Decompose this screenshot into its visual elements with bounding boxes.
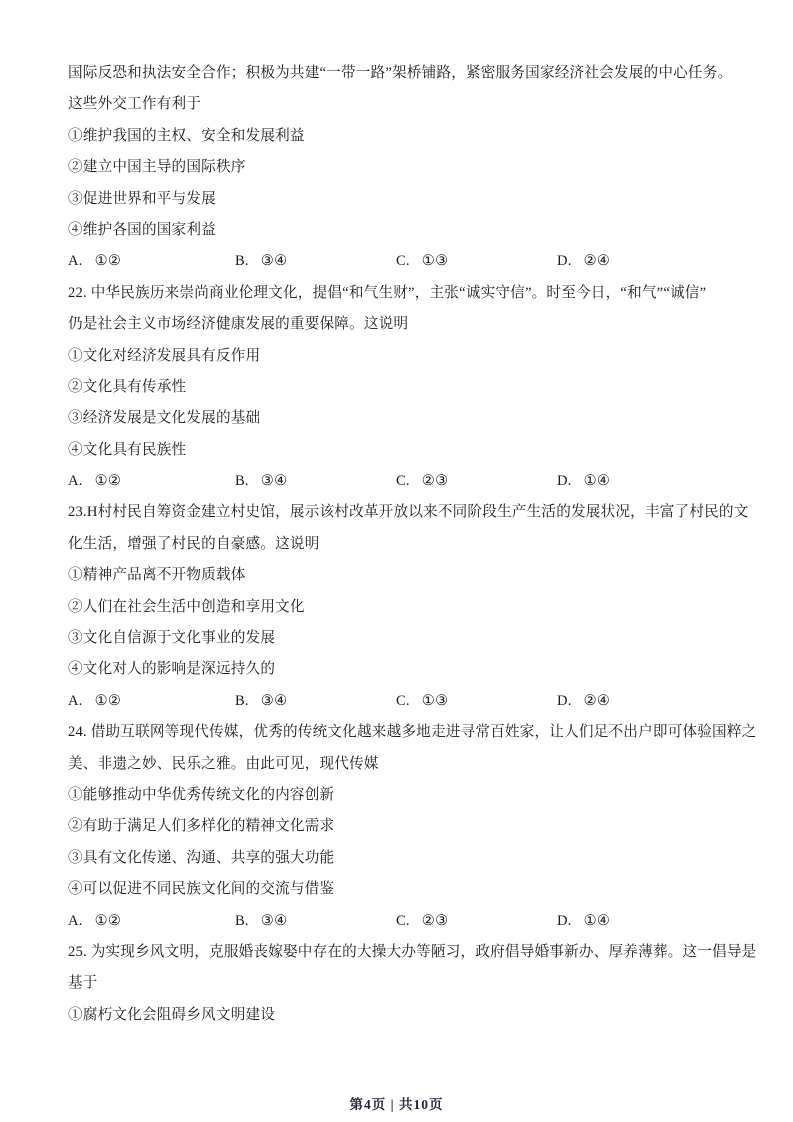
option-item: ③促进世界和平与发展 (68, 184, 728, 215)
choice-value: ③④ (261, 686, 288, 717)
choice-value: ①② (95, 466, 122, 497)
question-24: 24. 借助互联网等现代传媒，优秀的传统文化越来越多地走进寻常百姓家，让人们足不… (68, 717, 728, 937)
choice-value: ③④ (261, 246, 288, 277)
choice-d: D. ②④ (557, 246, 728, 277)
page-footer: 第4页 | 共10页 (0, 1093, 793, 1113)
choices-row: A. ①② B. ③④ C. ②③ D. ①④ (68, 906, 728, 937)
question-25: 25. 为实现乡风文明，克服婚丧嫁娶中存在的大操大办等陋习，政府倡导婚事新办、厚… (68, 937, 728, 1031)
exam-paper-page: 国际反恐和执法安全合作；积极为共建“一带一路”架桥铺路，紧密服务国家经济社会发展… (0, 0, 793, 1122)
choice-letter: D. (557, 246, 572, 277)
choice-a: A. ①② (68, 906, 235, 937)
page-content: 国际反恐和执法安全合作；积极为共建“一带一路”架桥铺路，紧密服务国家经济社会发展… (68, 58, 728, 1031)
choice-c: C. ①③ (396, 246, 557, 277)
choice-letter: B. (235, 906, 249, 937)
option-item: ③经济发展是文化发展的基础 (68, 403, 728, 434)
question-stem-line: 美、非遗之妙、民乐之雅。由此可见，现代传媒 (68, 749, 728, 780)
option-item: ②人们在社会生活中创造和享用文化 (68, 592, 728, 623)
choice-value: ①④ (584, 466, 611, 497)
option-item: ①能够推动中华优秀传统文化的内容创新 (68, 780, 728, 811)
question-stem-line: 23.H村村民自筹资金建立村史馆，展示该村改革开放以来不同阶段生产生活的发展状况… (68, 497, 728, 528)
choice-a: A. ①② (68, 466, 235, 497)
option-item: ③具有文化传递、沟通、共享的强大功能 (68, 843, 728, 874)
choice-d: D. ②④ (557, 686, 728, 717)
choices-row: A. ①② B. ③④ C. ①③ D. ②④ (68, 246, 728, 277)
question-23: 23.H村村民自筹资金建立村史馆，展示该村改革开放以来不同阶段生产生活的发展状况… (68, 497, 728, 717)
option-item: ②有助于满足人们多样化的精神文化需求 (68, 811, 728, 842)
option-item: ②建立中国主导的国际秩序 (68, 152, 728, 183)
question-stem-line: 仍是社会主义市场经济健康发展的重要保障。这说明 (68, 309, 728, 340)
question-stem-line: 化生活，增强了村民的自豪感。这说明 (68, 529, 728, 560)
choice-letter: A. (68, 466, 83, 497)
question-stem-line: 国际反恐和执法安全合作；积极为共建“一带一路”架桥铺路，紧密服务国家经济社会发展… (68, 58, 728, 89)
choice-c: C. ②③ (396, 466, 557, 497)
choice-letter: C. (396, 906, 410, 937)
option-item: ④可以促进不同民族文化间的交流与借鉴 (68, 874, 728, 905)
choice-a: A. ①② (68, 686, 235, 717)
option-item: ①腐朽文化会阻碍乡风文明建设 (68, 1000, 728, 1031)
option-item: ①文化对经济发展具有反作用 (68, 341, 728, 372)
choice-c: C. ②③ (396, 906, 557, 937)
choice-value: ①② (95, 686, 122, 717)
choices-row: A. ①② B. ③④ C. ②③ D. ①④ (68, 466, 728, 497)
option-item: ②文化具有传承性 (68, 372, 728, 403)
choice-a: A. ①② (68, 246, 235, 277)
question-stem-line: 22. 中华民族历来崇尚商业伦理文化，提倡“和气生财”，主张“诚实守信”。时至今… (68, 278, 728, 309)
choice-value: ③④ (261, 466, 288, 497)
choice-letter: C. (396, 466, 410, 497)
question-21-continued: 国际反恐和执法安全合作；积极为共建“一带一路”架桥铺路，紧密服务国家经济社会发展… (68, 58, 728, 278)
option-item: ④文化对人的影响是深远持久的 (68, 654, 728, 685)
choice-c: C. ①③ (396, 686, 557, 717)
option-item: ①维护我国的主权、安全和发展利益 (68, 121, 728, 152)
choice-value: ①④ (584, 906, 611, 937)
option-item: ③文化自信源于文化事业的发展 (68, 623, 728, 654)
question-stem-line: 25. 为实现乡风文明，克服婚丧嫁娶中存在的大操大办等陋习，政府倡导婚事新办、厚… (68, 937, 728, 968)
choice-b: B. ③④ (235, 246, 396, 277)
choice-letter: A. (68, 246, 83, 277)
choice-value: ③④ (261, 906, 288, 937)
choice-value: ①② (95, 906, 122, 937)
choice-letter: D. (557, 906, 572, 937)
choice-b: B. ③④ (235, 906, 396, 937)
choice-letter: A. (68, 906, 83, 937)
choice-value: ②③ (422, 466, 449, 497)
question-stem-line: 这些外交工作有利于 (68, 89, 728, 120)
choice-letter: C. (396, 686, 410, 717)
choice-letter: B. (235, 246, 249, 277)
choice-b: B. ③④ (235, 686, 396, 717)
choice-d: D. ①④ (557, 906, 728, 937)
choices-row: A. ①② B. ③④ C. ①③ D. ②④ (68, 686, 728, 717)
choice-letter: D. (557, 686, 572, 717)
choice-value: ①③ (422, 246, 449, 277)
choice-letter: D. (557, 466, 572, 497)
question-stem-line: 24. 借助互联网等现代传媒，优秀的传统文化越来越多地走进寻常百姓家，让人们足不… (68, 717, 728, 748)
choice-value: ②④ (584, 686, 611, 717)
page-number-indicator: 第4页 | 共10页 (350, 1097, 444, 1112)
choice-value: ①③ (422, 686, 449, 717)
choice-b: B. ③④ (235, 466, 396, 497)
choice-value: ②④ (584, 246, 611, 277)
option-item: ①精神产品离不开物质载体 (68, 560, 728, 591)
choice-letter: B. (235, 686, 249, 717)
choice-letter: B. (235, 466, 249, 497)
choice-value: ①② (95, 246, 122, 277)
question-22: 22. 中华民族历来崇尚商业伦理文化，提倡“和气生财”，主张“诚实守信”。时至今… (68, 278, 728, 498)
question-stem-line: 基于 (68, 968, 728, 999)
option-item: ④维护各国的国家利益 (68, 215, 728, 246)
choice-d: D. ①④ (557, 466, 728, 497)
choice-letter: C. (396, 246, 410, 277)
option-item: ④文化具有民族性 (68, 435, 728, 466)
choice-letter: A. (68, 686, 83, 717)
choice-value: ②③ (422, 906, 449, 937)
